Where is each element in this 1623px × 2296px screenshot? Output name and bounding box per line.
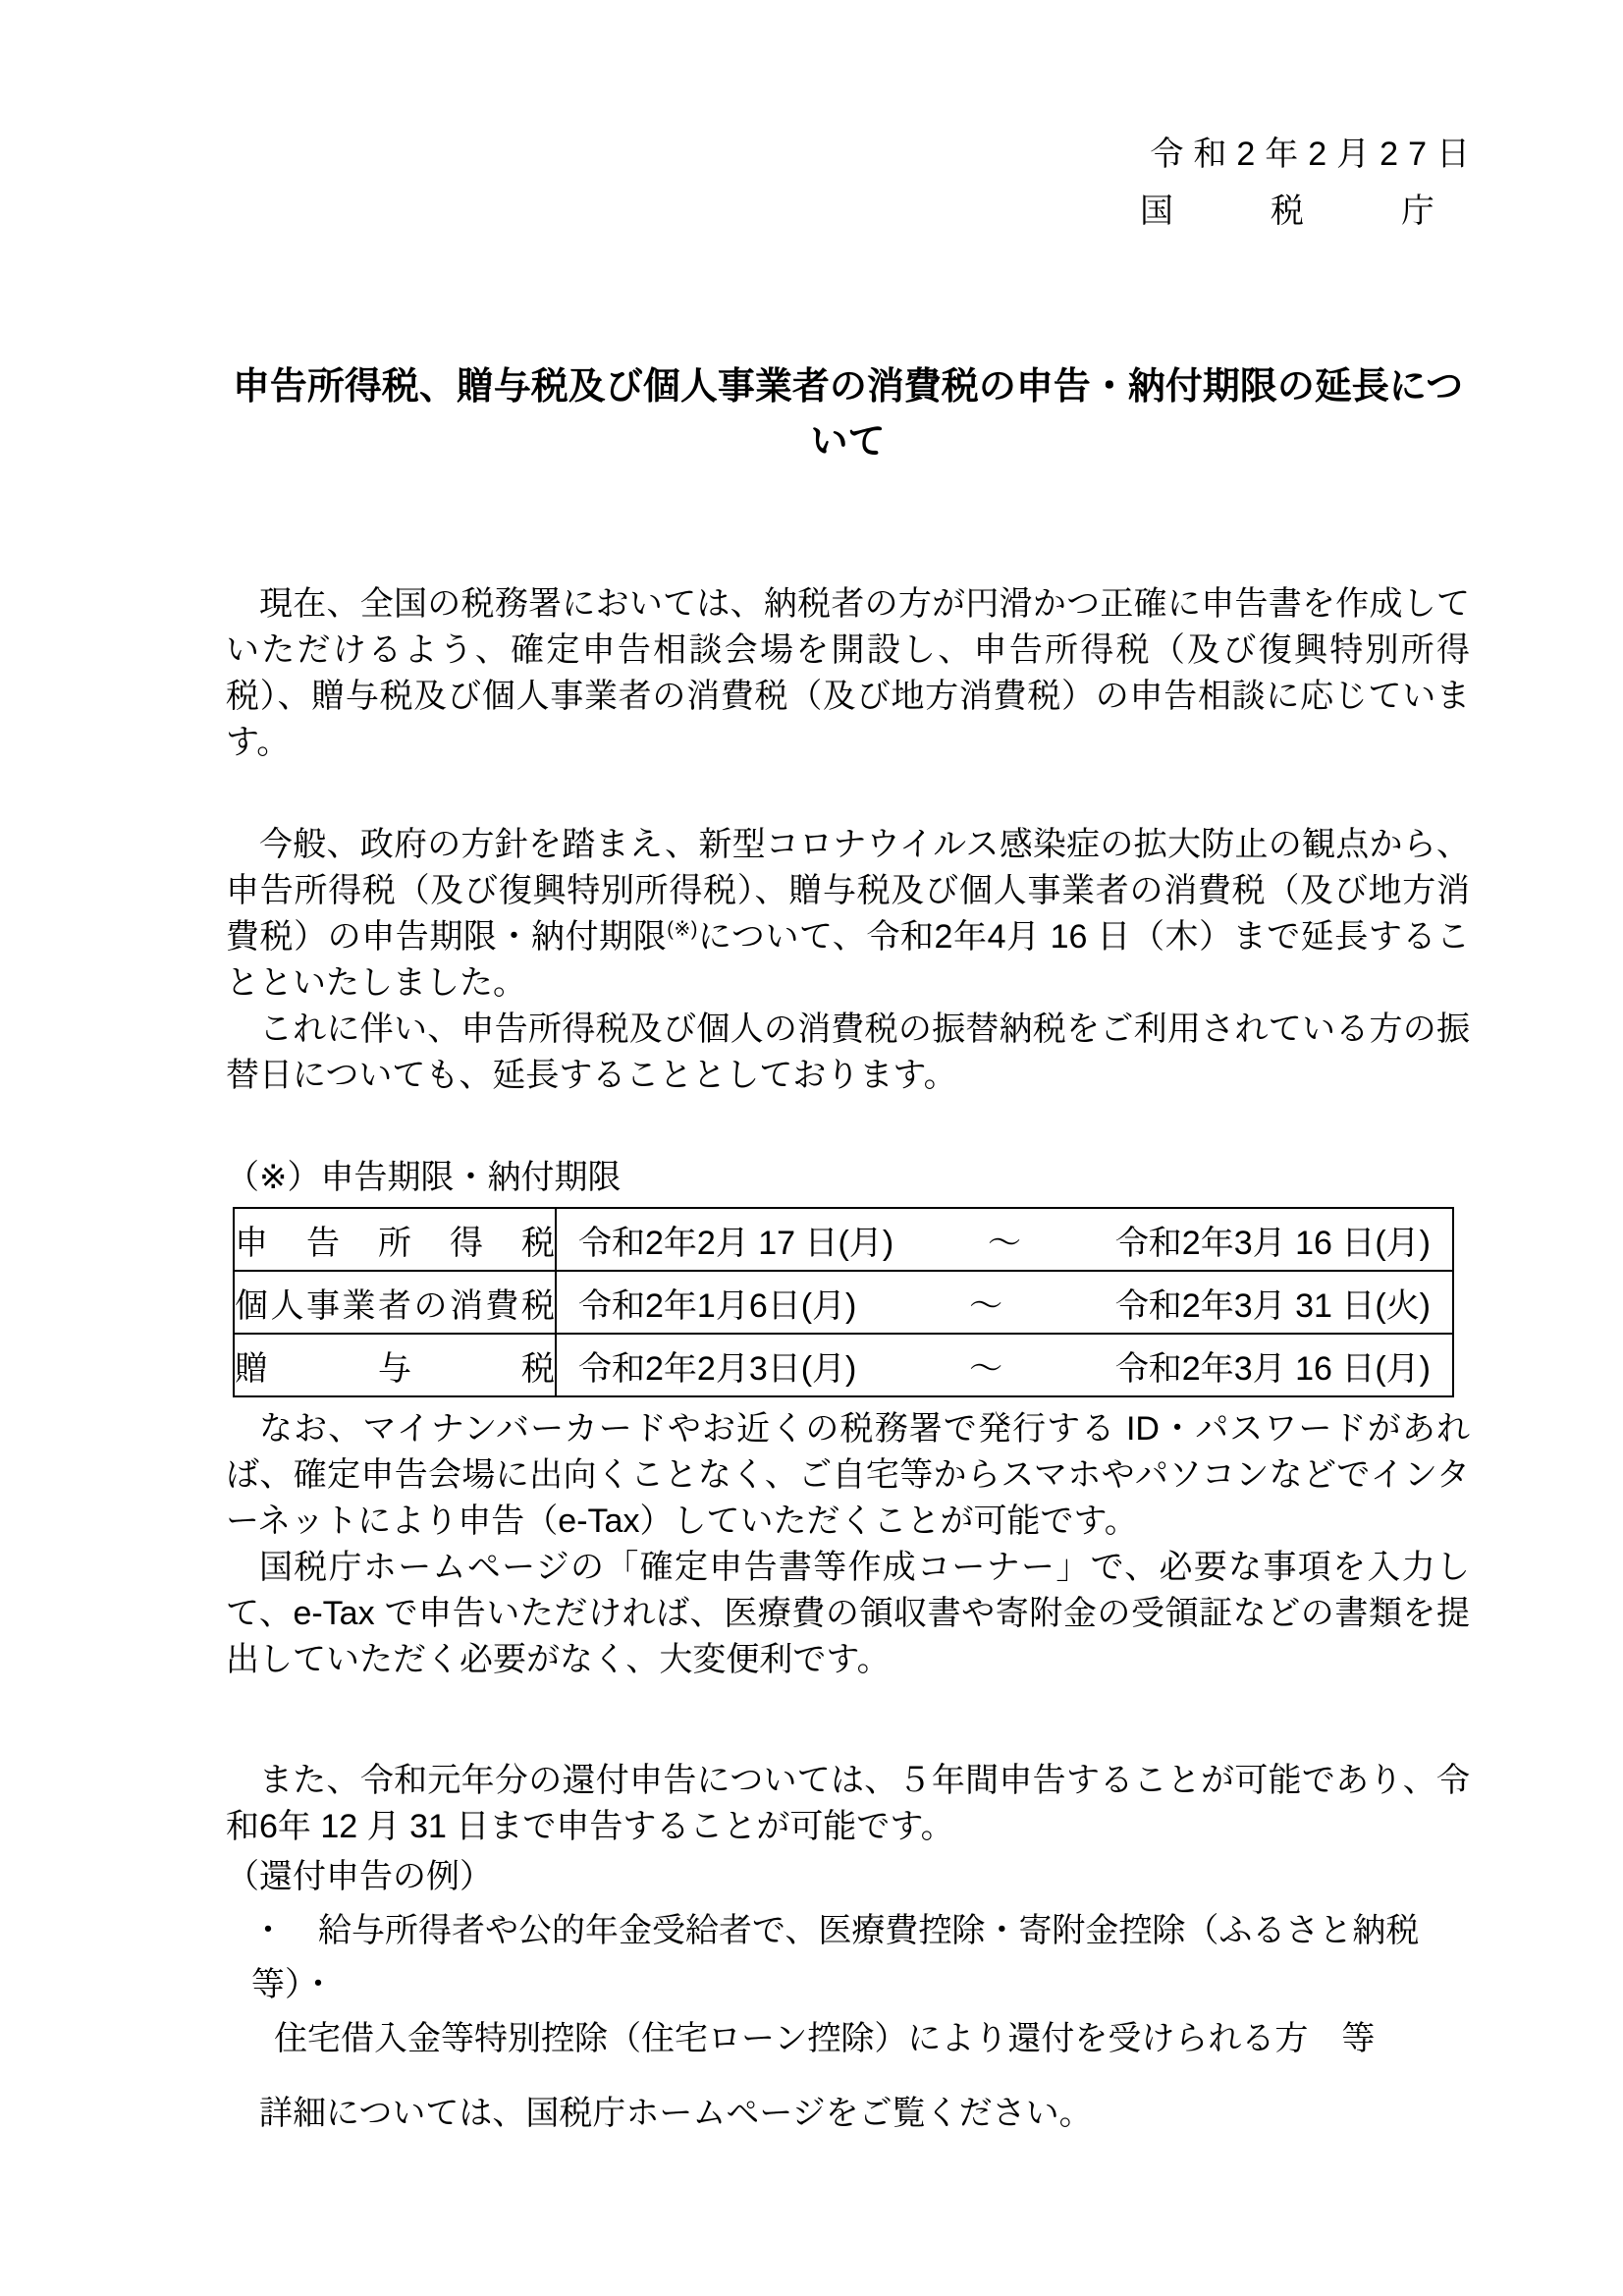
period-cell: 令和2年2月3日(月) ～ 令和2年3月 16 日(月)	[556, 1334, 1453, 1396]
paragraph-furikae: これに伴い、申告所得税及び個人の消費税の振替納税をご利用されている方の振替日につ…	[226, 1007, 1470, 1099]
period-from: 令和2年2月 17 日(月)	[578, 1216, 893, 1264]
period-range: 令和2年2月3日(月) ～ 令和2年3月 16 日(月)	[557, 1341, 1452, 1390]
period-range: 令和2年2月 17 日(月) ～ 令和2年3月 16 日(月)	[557, 1216, 1452, 1264]
note-reference-superscript: (※)	[667, 919, 697, 941]
period-to: 令和2年3月 16 日(月)	[1115, 1341, 1431, 1390]
period-tilde: ～	[969, 1279, 1002, 1327]
paragraph-sakusei-corner: 国税庁ホームページの「確定申告書等作成コーナー」で、必要な事項を入力して、e-T…	[226, 1545, 1470, 1683]
period-range: 令和2年1月6日(月) ～ 令和2年3月 31 日(火)	[557, 1279, 1452, 1327]
period-from: 令和2年1月6日(月)	[578, 1279, 856, 1327]
paragraph-refund: また、令和元年分の還付申告については、５年間申告することが可能であり、令和6年 …	[226, 1758, 1470, 1850]
period-cell: 令和2年1月6日(月) ～ 令和2年3月 31 日(火)	[556, 1271, 1453, 1334]
document-content: 令和2年2月27日 国税庁 申告所得税、贈与税及び個人事業者の消費税の申告・納付…	[0, 134, 1623, 2137]
period-tilde: ～	[969, 1341, 1002, 1390]
paragraph-etax: なお、マイナンバーカードやお近くの税務署で発行する ID・パスワードがあれば、確…	[226, 1406, 1470, 1545]
closing-note: 詳細については、国税庁ホームページをご覧ください。	[226, 2091, 1470, 2137]
issuer-name: 国税庁	[1140, 191, 1434, 232]
refund-example-item-continuation: 住宅借入金等特別控除（住宅ローン控除）により還付を受けられる方 等	[274, 2012, 1470, 2066]
period-to: 令和2年3月 16 日(月)	[1115, 1216, 1431, 1264]
paragraph-intro: 現在、全国の税務署においては、納税者の方が円滑かつ正確に申告書を作成していただけ…	[226, 581, 1470, 766]
tax-type-cell: 個人事業者の消費税	[234, 1271, 556, 1334]
issue-date: 令和2年2月27日	[226, 134, 1480, 175]
table-row-income-tax: 申告所得税 令和2年2月 17 日(月) ～ 令和2年3月 16 日(月)	[234, 1208, 1453, 1271]
document-title: 申告所得税、贈与税及び個人事業者の消費税の申告・納付期限の延長について	[226, 359, 1470, 469]
period-from: 令和2年2月3日(月)	[578, 1341, 856, 1390]
table-row-consumption-tax: 個人事業者の消費税 令和2年1月6日(月) ～ 令和2年3月 31 日(火)	[234, 1271, 1453, 1334]
table-row-gift-tax: 贈与税 令和2年2月3日(月) ～ 令和2年3月 16 日(月)	[234, 1334, 1453, 1396]
period-cell: 令和2年2月 17 日(月) ～ 令和2年3月 16 日(月)	[556, 1208, 1453, 1271]
paragraph-extension: 今般、政府の方針を踏まえ、新型コロナウイルス感染症の拡大防止の観点から、申告所得…	[226, 822, 1470, 1007]
tax-type-cell: 申告所得税	[234, 1208, 556, 1271]
deadline-note-caption: （※）申告期限・納付期限	[226, 1155, 1470, 1201]
refund-example-block: （還付申告の例） ・ 給与所得者や公的年金受給者で、医療費控除・寄附金控除（ふる…	[226, 1850, 1470, 2066]
deadline-table: 申告所得税 令和2年2月 17 日(月) ～ 令和2年3月 16 日(月) 個人…	[233, 1207, 1454, 1397]
period-to: 令和2年3月 31 日(火)	[1115, 1279, 1431, 1327]
refund-example-item: ・ 給与所得者や公的年金受給者で、医療費控除・寄附金控除（ふるさと納税等）・	[251, 1904, 1470, 2012]
document-page: 令和2年2月27日 国税庁 申告所得税、贈与税及び個人事業者の消費税の申告・納付…	[0, 0, 1623, 2296]
refund-example-label: （還付申告の例）	[226, 1850, 1470, 1904]
period-tilde: ～	[988, 1216, 1021, 1264]
tax-type-cell: 贈与税	[234, 1334, 556, 1396]
